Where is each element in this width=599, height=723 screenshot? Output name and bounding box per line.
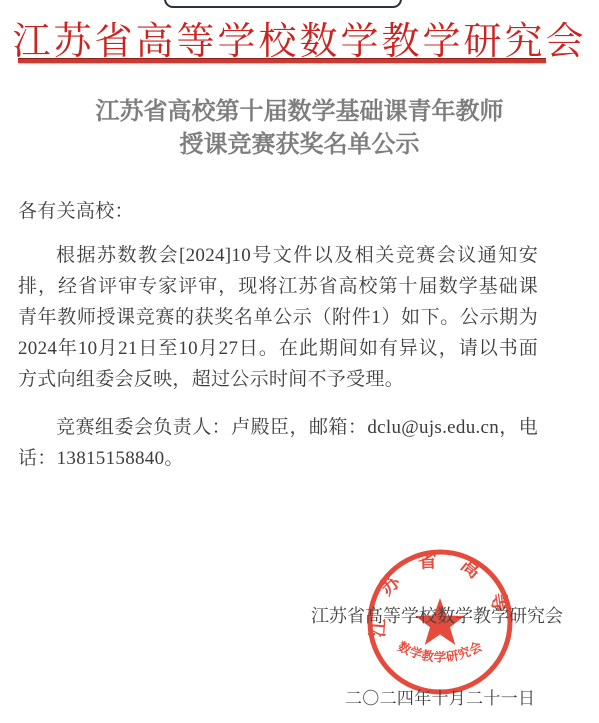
letterhead-divider	[18, 58, 546, 63]
document-date: 二〇二四年十月二十一日	[345, 684, 535, 709]
signature-org-name: 江苏省高等学校数学教学研究会	[311, 602, 563, 628]
seal-bottom-text: 数学教学研究会	[396, 638, 485, 664]
letterhead-org-name: 江苏省高等学校数学教学研究会	[0, 10, 599, 65]
document-title-line1: 江苏省高校第十届数学基础课青年教师	[96, 98, 504, 125]
svg-text:数学教学研究会: 数学教学研究会	[396, 638, 485, 664]
document-body: 各有关高校： 根据苏数教会[2024]10号文件以及相关竞赛会议通知安排，经省评…	[18, 196, 538, 474]
salutation: 各有关高校：	[18, 196, 538, 227]
cropped-tab-outline	[164, 0, 402, 8]
document-title-line2: 授课竞赛获奖名单公示	[180, 131, 420, 158]
document-page: 江苏省高等学校数学教学研究会 江苏省高校第十届数学基础课青年教师 授课竞赛获奖名…	[0, 0, 599, 723]
paragraph-contact: 竞赛组委会负责人：卢殿臣，邮箱：dclu@ujs.edu.cn，电话：13815…	[18, 412, 538, 474]
document-title: 江苏省高校第十届数学基础课青年教师 授课竞赛获奖名单公示	[0, 95, 599, 161]
paragraph-announcement: 根据苏数教会[2024]10号文件以及相关竞赛会议通知安排，经省评审专家评审，现…	[18, 240, 538, 395]
